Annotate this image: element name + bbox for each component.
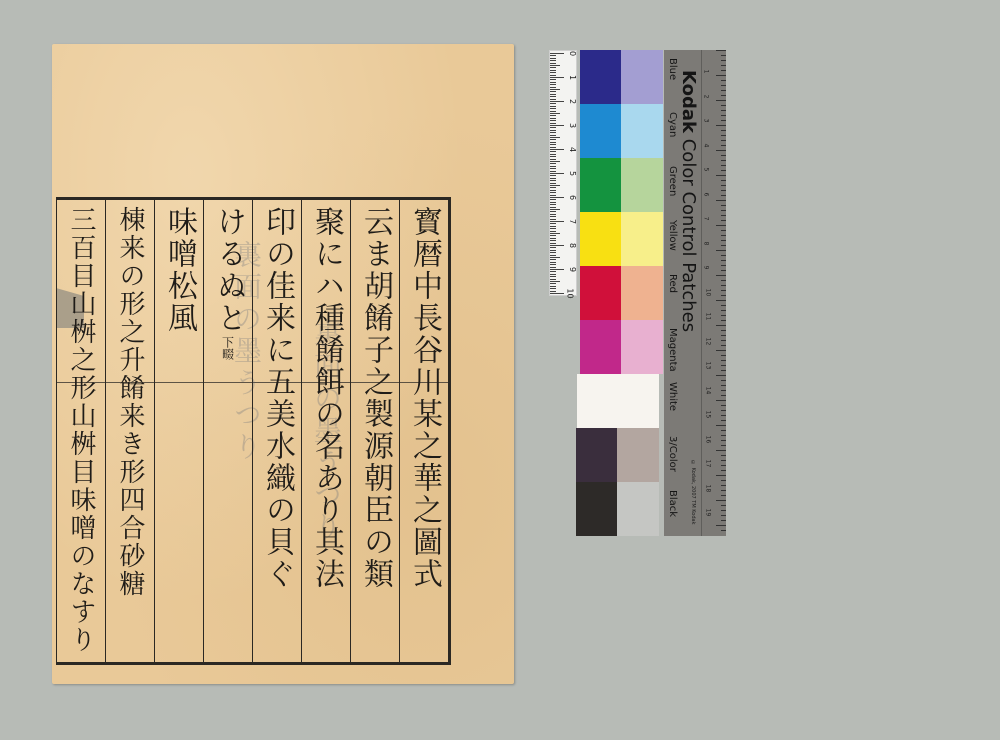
color-patch-blue-dark (580, 50, 621, 104)
text-frame: 裏面の墨うつり 裏面の墨うつり 寳暦中長谷川某之華之圖式 云ま胡餚子之製源朝臣の… (56, 197, 451, 665)
color-patch-blue-light (621, 50, 663, 104)
color-patch-magenta-dark (580, 320, 621, 374)
patch-label: Cyan (667, 112, 678, 137)
text-column: 味噌松風 (154, 200, 203, 662)
column-text: 味噌松風 (164, 206, 194, 334)
color-patch-green-dark (580, 158, 621, 212)
column-text: けるぬと (213, 206, 243, 334)
color-patch-magenta-light (621, 320, 663, 374)
kodak-label-strip: Kodak Color Control Patches BlueCyanGree… (664, 50, 726, 536)
color-patch-yellow-light (621, 212, 663, 266)
column-text: 印の佳来に五美水織の貝ぐ (262, 206, 292, 590)
color-patch-green-light (621, 158, 663, 212)
inch-scale: 12345678910111213141516171819 (701, 50, 726, 536)
patch-label: White (667, 382, 678, 411)
column-text: 棟来の形之升餚来き形四合砂糖 (117, 206, 143, 598)
patch-label: Yellow (667, 220, 678, 251)
centimeter-ruler: 012345678910 (549, 50, 577, 296)
text-columns: 寳暦中長谷川某之華之圖式 云ま胡餚子之製源朝臣の類 聚にハ種餚餌の名あり其法 印… (56, 200, 448, 662)
text-column: けるぬと下畷 (203, 200, 252, 662)
color-patch-black-light (617, 482, 659, 536)
text-column: 聚にハ種餚餌の名あり其法 (301, 200, 350, 662)
column-text: 三百目山桝之形山桝目味噌のなすり (68, 206, 94, 654)
column-text: 聚にハ種餚餌の名あり其法 (311, 206, 341, 590)
text-column: 印の佳来に五美水織の貝ぐ (252, 200, 301, 662)
text-column: 棟来の形之升餚来き形四合砂糖 (105, 200, 154, 662)
color-patch-3-color-light (617, 428, 659, 482)
patch-label: Green (667, 166, 678, 196)
column-text: 寳暦中長谷川某之華之圖式 (409, 206, 439, 590)
color-patch-cyan-dark (580, 104, 621, 158)
text-column: 三百目山桝之形山桝目味噌のなすり (56, 200, 105, 662)
copyright-text: © Kodak, 2007 TM Kodak (690, 460, 696, 524)
text-column: 寳暦中長谷川某之華之圖式 (399, 200, 448, 662)
patch-label: Blue (667, 58, 678, 80)
column-text: 云ま胡餚子之製源朝臣の類 (360, 206, 390, 590)
patch-label: Black (667, 490, 678, 517)
color-patch-white (577, 374, 659, 428)
patch-label: 3/Color (667, 436, 678, 472)
color-patch-red-light (621, 266, 663, 320)
column-note: 下畷 (220, 336, 237, 360)
color-patch-black-dark (576, 482, 617, 536)
patch-label: Red (667, 274, 678, 293)
color-patch-red-dark (580, 266, 621, 320)
color-patch-3-color-dark (576, 428, 617, 482)
kodak-brand-title: Kodak Color Control Patches (678, 70, 699, 332)
color-patch-cyan-light (621, 104, 663, 158)
patch-label: Magenta (667, 328, 678, 372)
color-patch-yellow-dark (580, 212, 621, 266)
text-column: 云ま胡餚子之製源朝臣の類 (350, 200, 399, 662)
